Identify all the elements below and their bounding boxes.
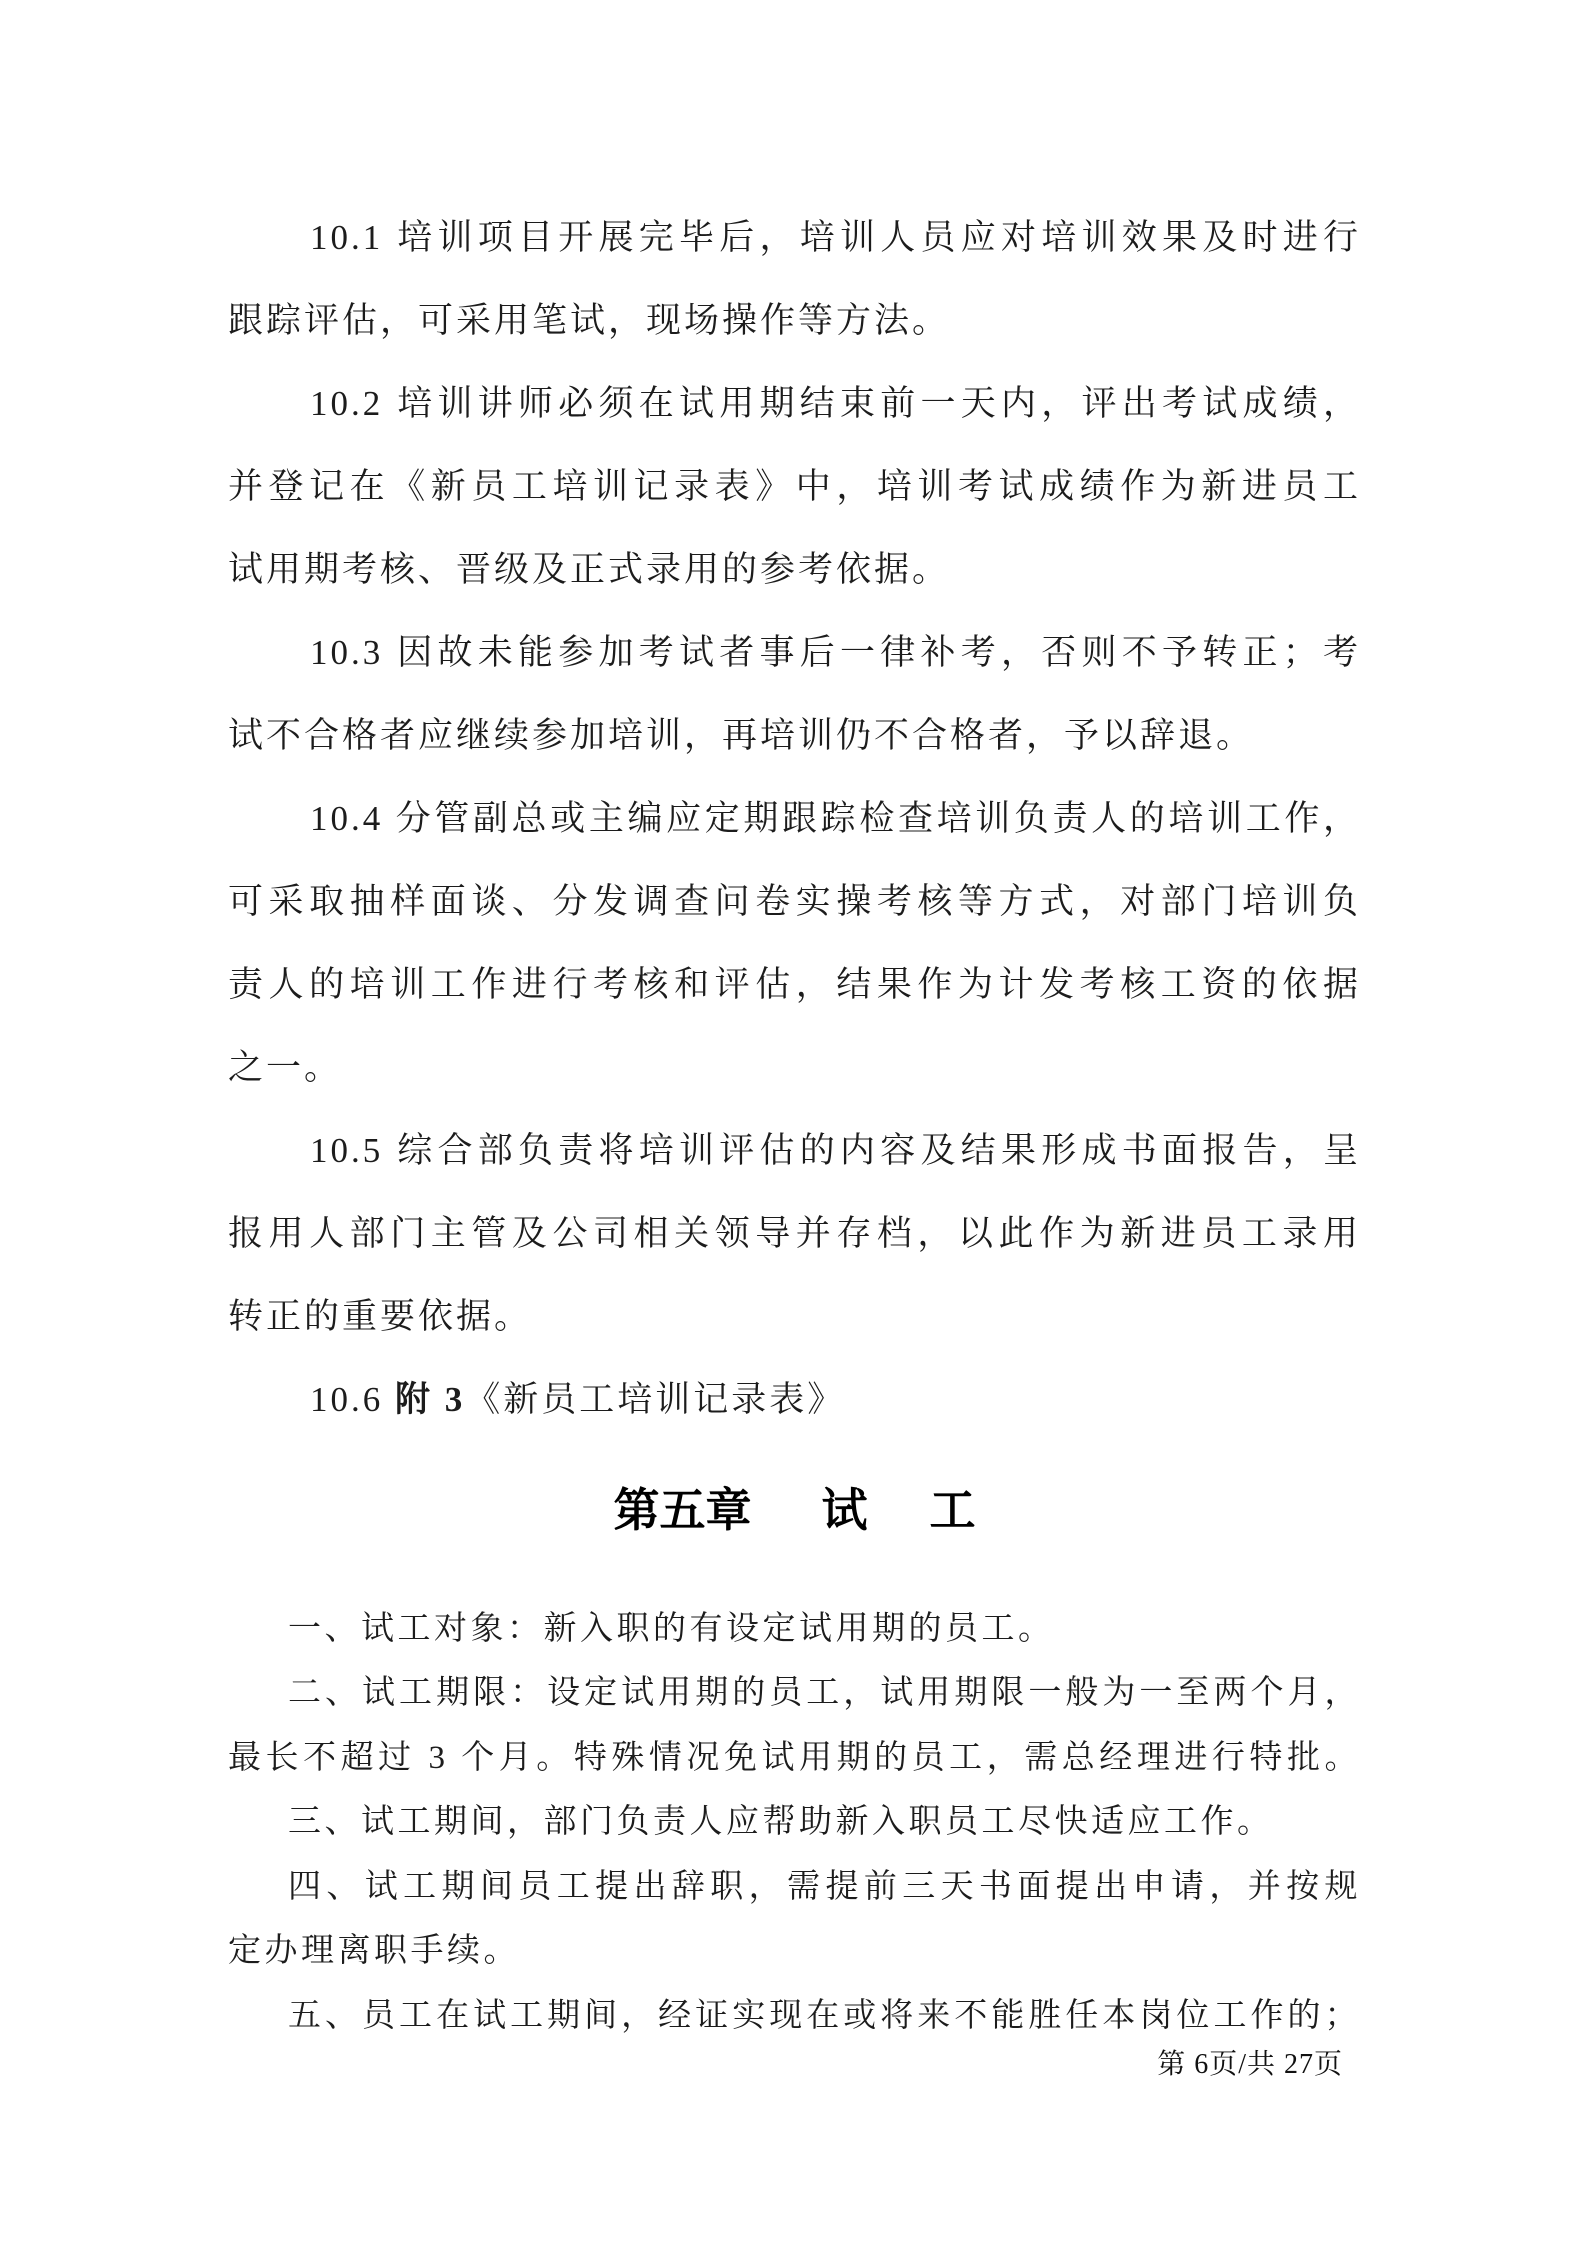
clause-10-5-line-2: 报用人部门主管及公司相关领导并存档，以此作为新进员工录用 [228, 1211, 1361, 1257]
chapter-heading-number: 第五章 [614, 1484, 752, 1536]
clause-10-1-line-2: 跟踪评估，可采用笔试，现场操作等方法。 [228, 298, 1361, 344]
chapter-heading-word-1: 试 [822, 1482, 868, 1538]
clause-10-4-line-1: 10.4 分管副总或主编应定期跟踪检查培训负责人的培训工作， [228, 796, 1361, 842]
trial-item-2-line-2: 最长不超过 3 个月。特殊情况免试用期的员工，需总经理进行特批。 [228, 1737, 1361, 1779]
clause-10-4-line-2: 可采取抽样面谈、分发调查问卷实操考核等方式，对部门培训负 [228, 879, 1361, 925]
clause-10-5-line-1: 10.5 综合部负责将培训评估的内容及结果形成书面报告，呈 [228, 1128, 1361, 1174]
trial-item-5-line-1: 五、员工在试工期间，经证实现在或将来不能胜任本岗位工作的； [228, 1995, 1361, 2037]
trial-item-1-line-1: 一、试工对象：新入职的有设定试用期的员工。 [228, 1608, 1361, 1650]
trial-item-4-line-2: 定办理离职手续。 [228, 1930, 1361, 1972]
clause-10-5-line-3: 转正的重要依据。 [228, 1294, 1361, 1340]
clause-10-3-line-1: 10.3 因故未能参加考试者事后一律补考，否则不予转正；考 [228, 630, 1361, 676]
clause-10-1-line-1: 10.1 培训项目开展完毕后，培训人员应对培训效果及时进行 [228, 215, 1361, 261]
chapter-heading-word-2: 工 [930, 1482, 976, 1538]
clause-10-2-line-3: 试用期考核、晋级及正式录用的参考依据。 [228, 547, 1361, 593]
clause-10-4-line-4: 之一。 [228, 1045, 1361, 1091]
clause-10-3-line-2: 试不合格者应继续参加培训，再培训仍不合格者，予以辞退。 [228, 713, 1361, 759]
clause-10-6-attachment-title: 《新员工培训记录表》 [465, 1380, 845, 1419]
clause-10-6-attachment-ref: 附 3 [395, 1380, 465, 1419]
chapter-heading: 第五章试工 [228, 1482, 1361, 1538]
clause-10-6-number: 10.6 [310, 1380, 395, 1419]
clause-10-2-line-1: 10.2 培训讲师必须在试用期结束前一天内，评出考试成绩， [228, 381, 1361, 427]
trial-item-4-line-1: 四、试工期间员工提出辞职，需提前三天书面提出申请，并按规 [228, 1866, 1361, 1908]
trial-item-2-line-1: 二、试工期限：设定试用期的员工，试用期限一般为一至两个月， [228, 1672, 1361, 1714]
trial-item-3-line-1: 三、试工期间，部门负责人应帮助新入职员工尽快适应工作。 [228, 1801, 1361, 1843]
page-number-indicator: 第 6页/共 27页 [228, 2048, 1343, 2082]
clause-10-4-line-3: 责人的培训工作进行考核和评估，结果作为计发考核工资的依据 [228, 962, 1361, 1008]
document-page: 10.1 培训项目开展完毕后，培训人员应对培训效果及时进行 跟踪评估，可采用笔试… [0, 0, 1587, 2245]
clause-10-6-line: 10.6 附 3《新员工培训记录表》 [228, 1377, 1361, 1423]
clause-10-2-line-2: 并登记在《新员工培训记录表》中，培训考试成绩作为新进员工 [228, 464, 1361, 510]
